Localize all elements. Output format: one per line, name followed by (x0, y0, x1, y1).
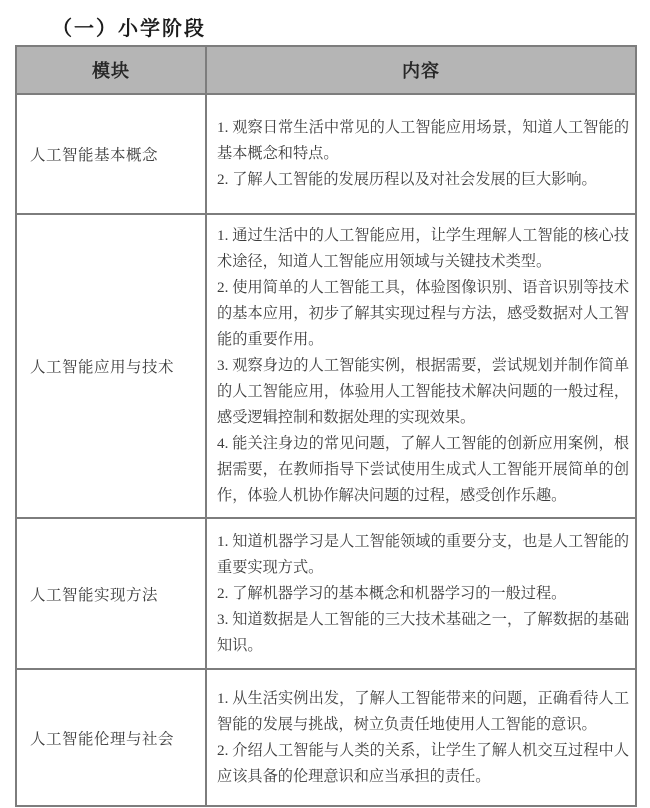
table-row-applications-technology: 人工智能应用与技术 1. 通过生活中的人工智能应用，让学生理解人工智能的核心技术… (16, 214, 636, 518)
content-cell: 1. 通过生活中的人工智能应用，让学生理解人工智能的核心技术途径，知道人工智能应… (206, 214, 636, 518)
module-cell: 人工智能基本概念 (16, 94, 206, 214)
section-title: （一）小学阶段 (52, 12, 206, 41)
content-cell: 1. 观察日常生活中常见的人工智能应用场景，知道人工智能的基本概念和特点。 2.… (206, 94, 636, 214)
table-header-row: 模块 内容 (16, 46, 636, 94)
content-item: 2. 了解机器学习的基本概念和机器学习的一般过程。 (217, 581, 629, 607)
content-item: 3. 观察身边的人工智能实例，根据需要，尝试规划并制作简单的人工智能应用，体验用… (217, 353, 629, 431)
table-row-ethics-society: 人工智能伦理与社会 1. 从生活实例出发，了解人工智能带来的问题，正确看待人工智… (16, 669, 636, 806)
content-item: 1. 观察日常生活中常见的人工智能应用场景，知道人工智能的基本概念和特点。 (217, 115, 629, 167)
content-cell: 1. 从生活实例出发，了解人工智能带来的问题，正确看待人工智能的发展与挑战，树立… (206, 669, 636, 806)
content-item: 2. 介绍人工智能与人类的关系，让学生了解人机交互过程中人应该具备的伦理意识和应… (217, 738, 629, 790)
module-cell: 人工智能实现方法 (16, 518, 206, 669)
content-item: 3. 知道数据是人工智能的三大技术基础之一，了解数据的基础知识。 (217, 607, 629, 659)
table-row-basic-concepts: 人工智能基本概念 1. 观察日常生活中常见的人工智能应用场景，知道人工智能的基本… (16, 94, 636, 214)
content-item: 1. 通过生活中的人工智能应用，让学生理解人工智能的核心技术途径，知道人工智能应… (217, 223, 629, 275)
content-item: 1. 知道机器学习是人工智能领域的重要分支，也是人工智能的重要实现方式。 (217, 529, 629, 581)
content-item: 2. 了解人工智能的发展历程以及对社会发展的巨大影响。 (217, 167, 629, 193)
content-item: 1. 从生活实例出发，了解人工智能带来的问题，正确看待人工智能的发展与挑战，树立… (217, 686, 629, 738)
content-item: 2. 使用简单的人工智能工具，体验图像识别、语音识别等技术的基本应用，初步了解其… (217, 275, 629, 353)
document-page: （一）小学阶段 模块 内容 人工智能基本概念 1. 观察日常生活中常见的人工智能… (0, 0, 650, 808)
table-row-implementation-methods: 人工智能实现方法 1. 知道机器学习是人工智能领域的重要分支，也是人工智能的重要… (16, 518, 636, 669)
content-column-header: 内容 (206, 46, 636, 94)
module-cell: 人工智能伦理与社会 (16, 669, 206, 806)
module-column-header: 模块 (16, 46, 206, 94)
content-item: 4. 能关注身边的常见问题，了解人工智能的创新应用案例，根据需要，在教师指导下尝… (217, 431, 629, 509)
curriculum-table: 模块 内容 人工智能基本概念 1. 观察日常生活中常见的人工智能应用场景，知道人… (15, 45, 637, 807)
content-cell: 1. 知道机器学习是人工智能领域的重要分支，也是人工智能的重要实现方式。 2. … (206, 518, 636, 669)
module-cell: 人工智能应用与技术 (16, 214, 206, 518)
